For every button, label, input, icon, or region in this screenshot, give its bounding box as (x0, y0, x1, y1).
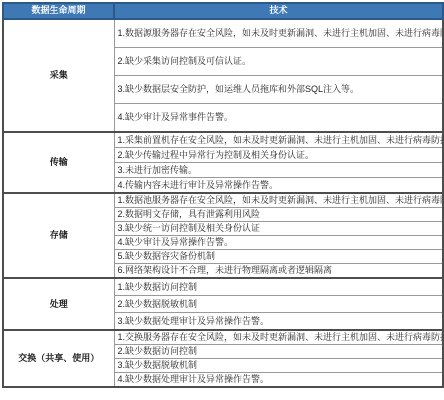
tech-cell: 2.缺少数据访问控制 (114, 345, 443, 359)
tech-cell: 4.缺少审计及异常操作告警。 (114, 236, 443, 250)
table-row: 采集 1.数据源服务器存在安全风险，如未及时更新漏洞、未进行主机加固、未进行病毒… (3, 19, 443, 48)
column-header-technology: 技术 (114, 3, 443, 19)
table-row: 交换（共享、使用） 1.交换服务器存在安全风险，如未及时更新漏洞、未进行主机加固… (3, 330, 443, 345)
data-lifecycle-table: 数据生命周期 技术 采集 1.数据源服务器存在安全风险，如未及时更新漏洞、未进行… (2, 2, 444, 388)
tech-cell: 3.未进行加密传输。 (114, 163, 443, 178)
column-header-lifecycle: 数据生命周期 (3, 3, 114, 19)
tech-cell: 3.缺少数据层安全防护，如运维人员拖库和外部SQL注入等。 (114, 76, 443, 104)
header-row: 数据生命周期 技术 (3, 3, 443, 19)
tech-cell: 2.缺少传输过程中异常行为控制及相关身份认证。 (114, 148, 443, 163)
tech-cell: 6.网络架构设计不合理，未进行物理隔离或者逻辑隔离 (114, 264, 443, 279)
lifecycle-cell-transmission: 传输 (3, 132, 114, 193)
tech-cell: 3.缺少统一访问控制及相关身份认证 (114, 222, 443, 236)
tech-cell: 1.数据源服务器存在安全风险，如未及时更新漏洞、未进行主机加固、未进行病毒防护。 (114, 19, 443, 48)
tech-cell: 4.缺少数据处理审计及异常操作告警。 (114, 373, 443, 388)
page: 数据生命周期 技术 采集 1.数据源服务器存在安全风险，如未及时更新漏洞、未进行… (0, 0, 444, 400)
table-row: 存储 1.数据池服务器存在安全风险，如未及时更新漏洞、未进行主机加固、未进行病毒… (3, 193, 443, 208)
tech-cell: 3.缺少数据脱敏机制 (114, 359, 443, 373)
tech-cell: 1.采集前置机存在安全风险，如未及时更新漏洞、未进行主机加固、未进行病毒防护。 (114, 132, 443, 148)
lifecycle-cell-storage: 存储 (3, 193, 114, 278)
lifecycle-cell-exchange: 交换（共享、使用） (3, 330, 114, 387)
tech-cell: 5.缺少数据容灾备份机制 (114, 250, 443, 264)
tech-cell: 1.数据池服务器存在安全风险，如未及时更新漏洞、未进行主机加固、未进行病毒防护。 (114, 193, 443, 208)
lifecycle-cell-collection: 采集 (3, 19, 114, 132)
tech-cell: 2.缺少采集访问控制及可信认证。 (114, 48, 443, 76)
tech-cell: 4.缺少审计及异常事件告警。 (114, 104, 443, 133)
tech-cell: 4.传输内容未进行审计及异常操作告警。 (114, 178, 443, 194)
tech-cell: 3.缺少数据处理审计及异常操作告警。 (114, 313, 443, 331)
tech-cell: 2.数据明文存储，具有泄露利用风险 (114, 208, 443, 222)
tech-cell: 1.交换服务器存在安全风险，如未及时更新漏洞、未进行主机加固、未进行病毒防护。 (114, 330, 443, 345)
tech-cell: 2.缺少数据脱敏机制 (114, 296, 443, 313)
lifecycle-cell-processing: 处理 (3, 278, 114, 330)
tech-cell: 1.缺少数据访问控制 (114, 278, 443, 296)
table-row: 传输 1.采集前置机存在安全风险，如未及时更新漏洞、未进行主机加固、未进行病毒防… (3, 132, 443, 148)
table-row: 处理 1.缺少数据访问控制 (3, 278, 443, 296)
